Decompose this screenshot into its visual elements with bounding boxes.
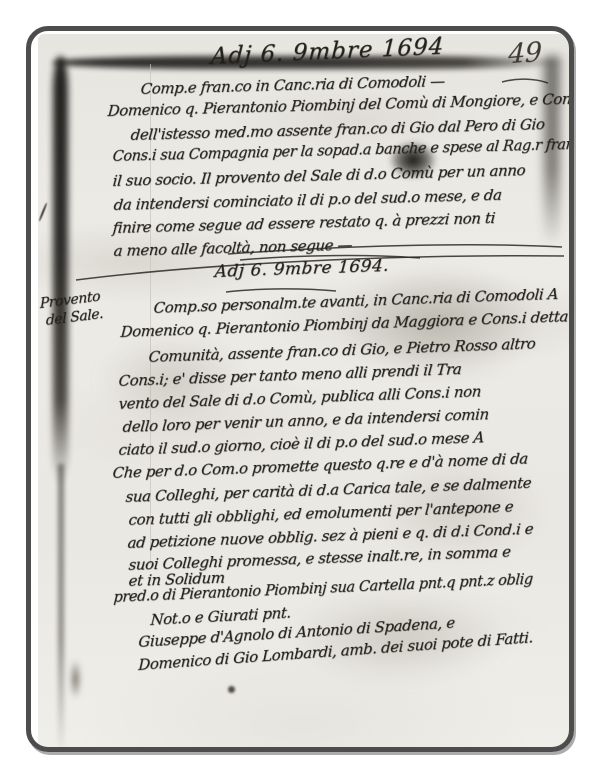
folio-number: 49 xyxy=(508,37,542,71)
scan-left-edge-fade xyxy=(58,464,64,748)
ink-dot xyxy=(228,686,235,693)
manuscript-line: finire come segue ad essere restato q. à… xyxy=(112,209,496,237)
ink-smear xyxy=(70,660,81,698)
folio-underline-flourish xyxy=(500,76,550,86)
entry-date-heading: Adj 6. 9mbre 1694. xyxy=(214,256,390,282)
entry-date-heading: Adj 6. 9mbre 1694 xyxy=(210,34,445,70)
scan-left-edge xyxy=(53,56,68,486)
manuscript-line: Comunità, assente fran.co di Gio, e Piet… xyxy=(148,334,536,366)
manuscript-page: 49 Adj 6. 9mbre 1694 Comp.e fran.co in C… xyxy=(38,34,570,748)
manuscript-line: a meno alle facoltà, non segue — xyxy=(113,236,353,260)
manuscript-line: il suo socio. Il provento del Sale di d.… xyxy=(112,161,526,190)
margin-stroke xyxy=(38,202,47,221)
